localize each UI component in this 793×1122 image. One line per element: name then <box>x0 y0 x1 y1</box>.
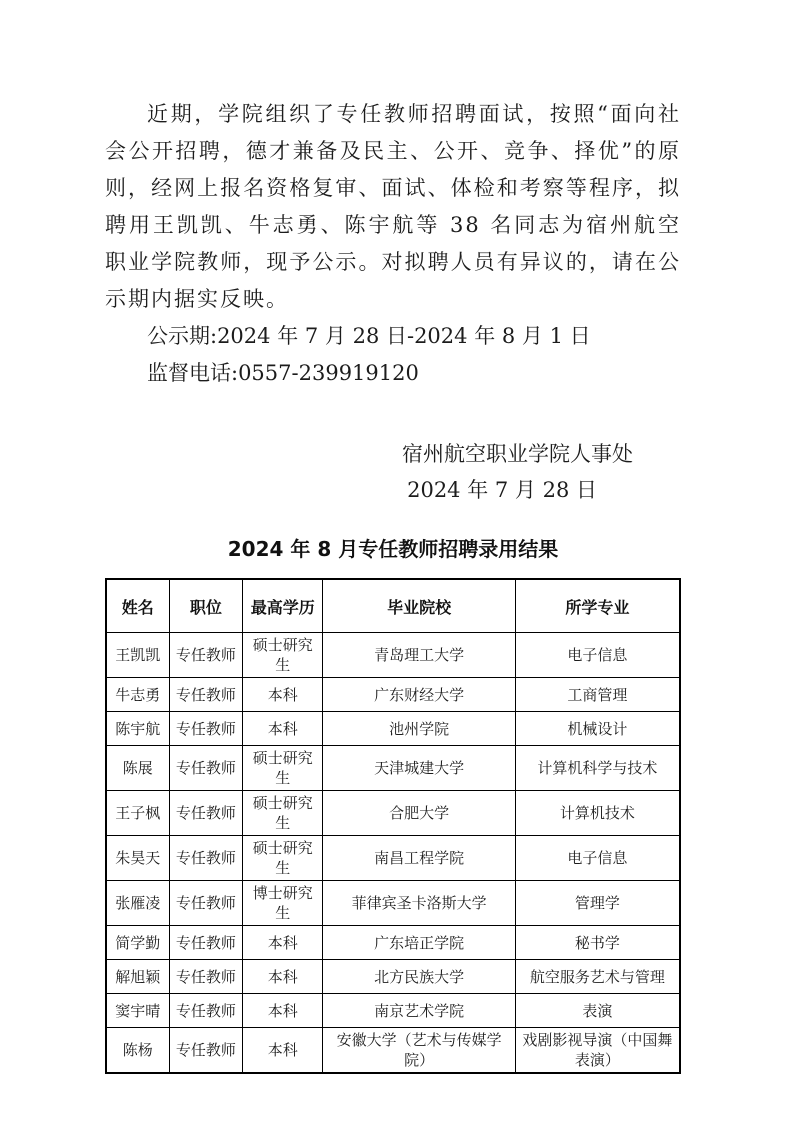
table-cell: 南昌工程学院 <box>323 836 515 881</box>
table-row: 简学勤专任教师本科广东培正学院秘书学 <box>106 926 680 960</box>
announcement-page: 近期，学院组织了专任教师招聘面试，按照“面向社会公开招聘，德才兼备及民主、公开、… <box>0 0 793 1122</box>
table-cell: 表演 <box>515 994 680 1028</box>
document-content: 近期，学院组织了专任教师招聘面试，按照“面向社会公开招聘，德才兼备及民主、公开、… <box>105 0 681 1074</box>
table-cell: 专任教师 <box>169 960 242 994</box>
table-cell: 广东培正学院 <box>323 926 515 960</box>
table-row: 张雁凌专任教师博士研究生菲律宾圣卡洛斯大学管理学 <box>106 881 680 926</box>
table-cell: 电子信息 <box>515 836 680 881</box>
signature-department: 宿州航空职业学院人事处 <box>105 436 681 472</box>
table-cell: 机械设计 <box>515 712 680 746</box>
table-cell: 陈杨 <box>106 1028 169 1074</box>
table-cell: 专任教师 <box>169 678 242 712</box>
table-cell: 菲律宾圣卡洛斯大学 <box>323 881 515 926</box>
table-cell: 硕士研究生 <box>243 791 323 836</box>
column-header-position: 职位 <box>169 579 242 633</box>
signature-block: 宿州航空职业学院人事处 2024 年 7 月 28 日 <box>105 436 681 508</box>
table-cell: 专任教师 <box>169 836 242 881</box>
table-cell: 张雁凌 <box>106 881 169 926</box>
table-cell: 计算机技术 <box>515 791 680 836</box>
table-cell: 计算机科学与技术 <box>515 746 680 791</box>
table-cell: 解旭颖 <box>106 960 169 994</box>
supervision-phone-line: 监督电话:0557-239919120 <box>105 355 681 392</box>
table-row: 王凯凯专任教师硕士研究生青岛理工大学电子信息 <box>106 633 680 678</box>
table-cell: 专任教师 <box>169 633 242 678</box>
table-cell: 管理学 <box>515 881 680 926</box>
table-cell: 本科 <box>243 678 323 712</box>
table-title: 2024 年 8 月专任教师招聘录用结果 <box>105 536 681 562</box>
column-header-name: 姓名 <box>106 579 169 633</box>
table-cell: 本科 <box>243 994 323 1028</box>
table-cell: 广东财经大学 <box>323 678 515 712</box>
publicity-period-line: 公示期:2024 年 7 月 28 日-2024 年 8 月 1 日 <box>105 318 681 355</box>
table-cell: 本科 <box>243 926 323 960</box>
signature-date: 2024 年 7 月 28 日 <box>105 472 681 508</box>
table-cell: 安徽大学（艺术与传媒学院） <box>323 1028 515 1074</box>
table-row: 陈宇航专任教师本科池州学院机械设计 <box>106 712 680 746</box>
results-table-body: 王凯凯专任教师硕士研究生青岛理工大学电子信息牛志勇专任教师本科广东财经大学工商管… <box>106 633 680 1074</box>
table-header-row: 姓名 职位 最高学历 毕业院校 所学专业 <box>106 579 680 633</box>
table-cell: 秘书学 <box>515 926 680 960</box>
table-cell: 专任教师 <box>169 746 242 791</box>
table-cell: 工商管理 <box>515 678 680 712</box>
table-cell: 王凯凯 <box>106 633 169 678</box>
table-row: 窦宇晴专任教师本科南京艺术学院表演 <box>106 994 680 1028</box>
results-table: 姓名 职位 最高学历 毕业院校 所学专业 王凯凯专任教师硕士研究生青岛理工大学电… <box>105 578 681 1074</box>
table-cell: 航空服务艺术与管理 <box>515 960 680 994</box>
table-row: 陈展专任教师硕士研究生天津城建大学计算机科学与技术 <box>106 746 680 791</box>
table-row: 解旭颖专任教师本科北方民族大学航空服务艺术与管理 <box>106 960 680 994</box>
table-cell: 北方民族大学 <box>323 960 515 994</box>
table-cell: 陈展 <box>106 746 169 791</box>
table-cell: 博士研究生 <box>243 881 323 926</box>
table-cell: 天津城建大学 <box>323 746 515 791</box>
table-cell: 陈宇航 <box>106 712 169 746</box>
table-row: 朱昊天专任教师硕士研究生南昌工程学院电子信息 <box>106 836 680 881</box>
table-cell: 戏剧影视导演（中国舞表演） <box>515 1028 680 1074</box>
table-cell: 池州学院 <box>323 712 515 746</box>
table-cell: 南京艺术学院 <box>323 994 515 1028</box>
table-row: 牛志勇专任教师本科广东财经大学工商管理 <box>106 678 680 712</box>
table-cell: 本科 <box>243 712 323 746</box>
table-cell: 专任教师 <box>169 994 242 1028</box>
table-cell: 专任教师 <box>169 791 242 836</box>
column-header-major: 所学专业 <box>515 579 680 633</box>
table-row: 陈杨专任教师本科安徽大学（艺术与传媒学院）戏剧影视导演（中国舞表演） <box>106 1028 680 1074</box>
table-cell: 王子枫 <box>106 791 169 836</box>
table-cell: 专任教师 <box>169 1028 242 1074</box>
table-cell: 牛志勇 <box>106 678 169 712</box>
table-cell: 专任教师 <box>169 712 242 746</box>
table-cell: 电子信息 <box>515 633 680 678</box>
table-cell: 朱昊天 <box>106 836 169 881</box>
table-cell: 简学勤 <box>106 926 169 960</box>
table-cell: 硕士研究生 <box>243 746 323 791</box>
table-cell: 专任教师 <box>169 926 242 960</box>
table-cell: 硕士研究生 <box>243 633 323 678</box>
table-cell: 青岛理工大学 <box>323 633 515 678</box>
table-cell: 本科 <box>243 960 323 994</box>
table-cell: 合肥大学 <box>323 791 515 836</box>
table-cell: 本科 <box>243 1028 323 1074</box>
table-cell: 窦宇晴 <box>106 994 169 1028</box>
table-row: 王子枫专任教师硕士研究生合肥大学计算机技术 <box>106 791 680 836</box>
column-header-college: 毕业院校 <box>323 579 515 633</box>
table-cell: 专任教师 <box>169 881 242 926</box>
body-paragraph: 近期，学院组织了专任教师招聘面试，按照“面向社会公开招聘，德才兼备及民主、公开、… <box>105 96 681 318</box>
column-header-degree: 最高学历 <box>243 579 323 633</box>
table-cell: 硕士研究生 <box>243 836 323 881</box>
